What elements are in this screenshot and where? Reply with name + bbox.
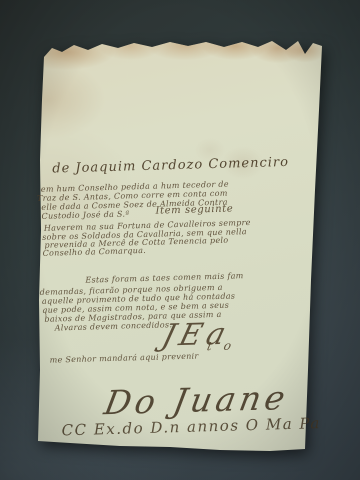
handwriting-layer: de Joaquim Cardozo Comenciro em hum Cons… — [0, 0, 360, 480]
inline-heading: Item seguinte — [155, 203, 233, 216]
note-line: me Senhor mandará aqui prevenir — [50, 352, 199, 365]
opening-line: de Joaquim Cardozo Comenciro — [52, 155, 289, 177]
handwriting-line: Conselho da Comarqua. — [43, 246, 147, 258]
handwriting-line: Alvaras devem concedidos. — [55, 320, 173, 332]
royal-rubric-tail: t o — [206, 338, 237, 353]
closing-line: CC Ex.do D.n annos O Ma Pa — [61, 414, 321, 439]
handwriting-line: Custodio José da S.ª — [41, 209, 129, 220]
manuscript-photo: de Joaquim Cardozo Comenciro em hum Cons… — [0, 0, 360, 480]
